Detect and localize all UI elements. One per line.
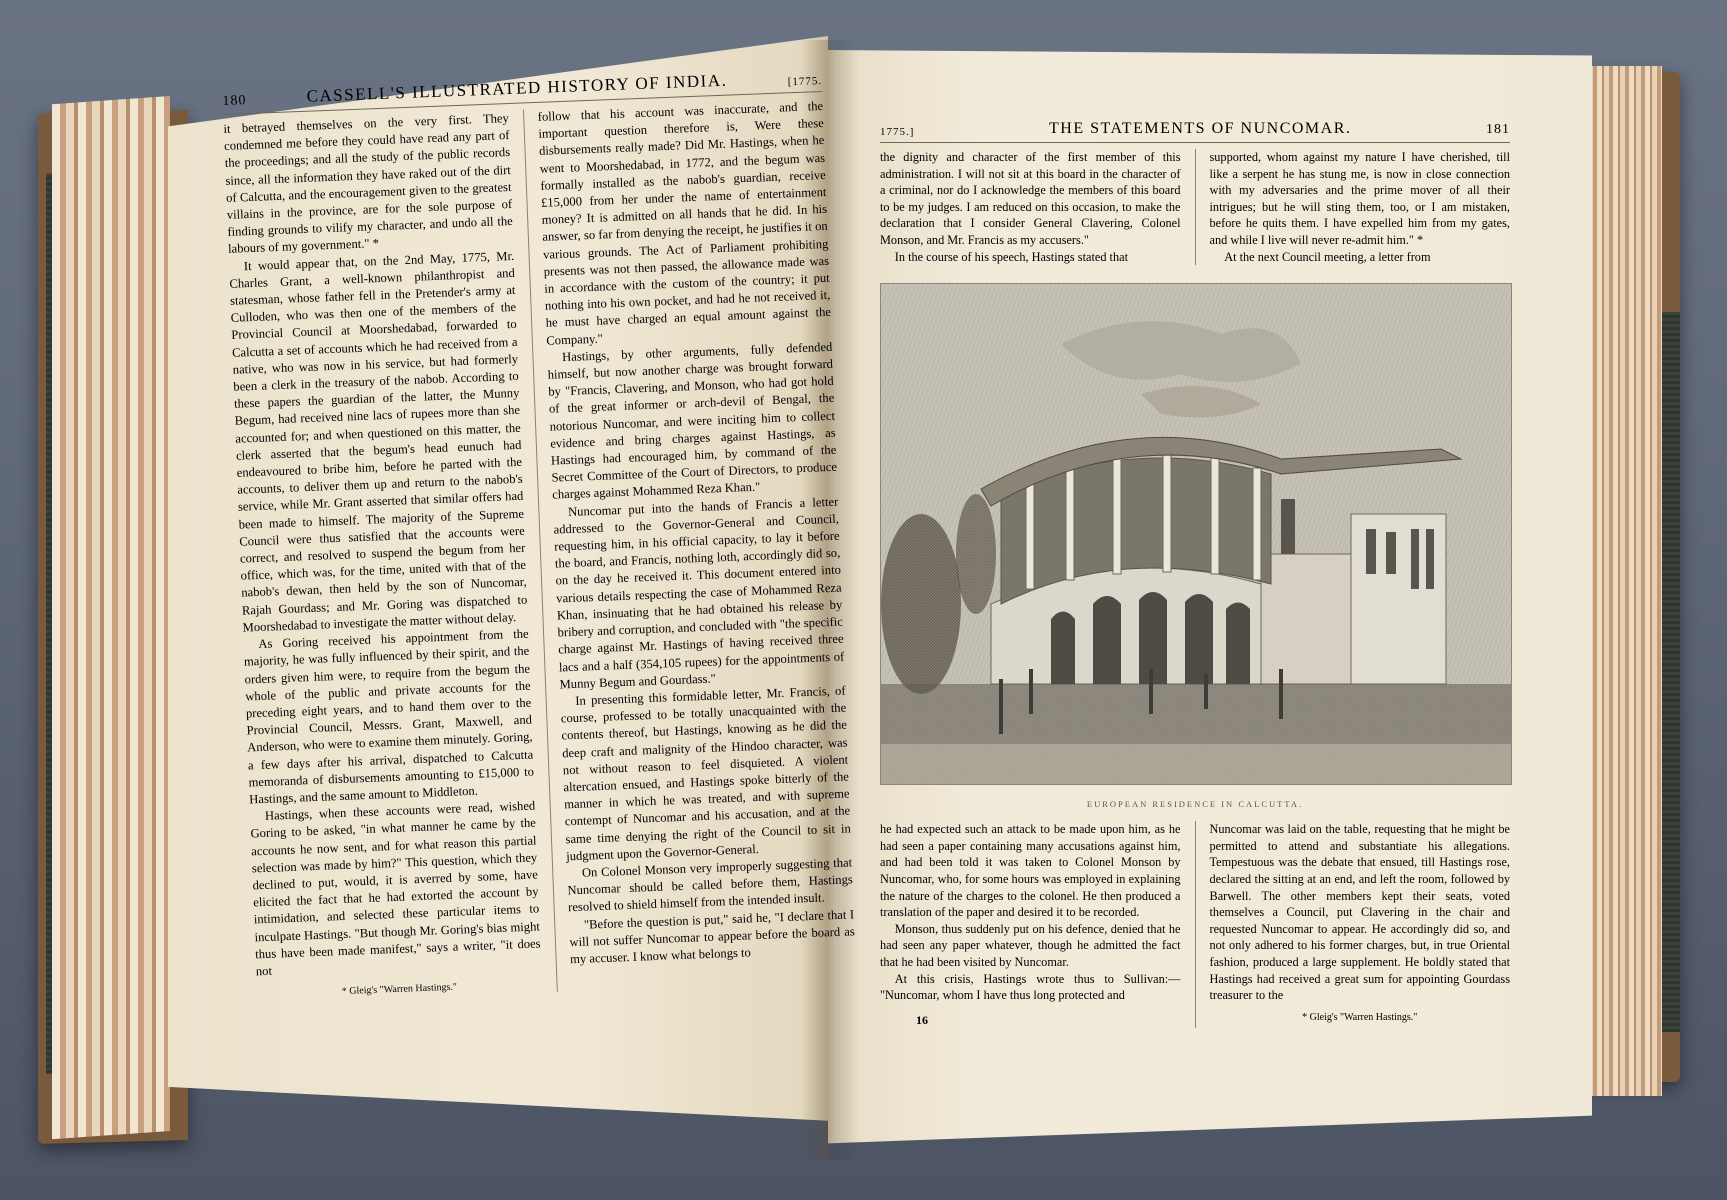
page-number: 180 bbox=[222, 93, 247, 110]
signature-mark: 16 bbox=[880, 1012, 1181, 1029]
running-head: 1775.] THE STATEMENTS OF NUNCOMAR. 181 bbox=[880, 120, 1510, 143]
paragraph: In presenting this formidable letter, Mr… bbox=[560, 682, 852, 865]
paragraph: As Goring received his appointment from … bbox=[243, 626, 535, 809]
text-column-2: supported, whom against my nature I have… bbox=[1210, 149, 1511, 265]
text-column-2: follow that his account was inaccurate, … bbox=[537, 98, 856, 992]
page-number: 181 bbox=[1486, 122, 1510, 138]
text-column-2: Nuncomar was laid on the table, requesti… bbox=[1210, 821, 1511, 1028]
paragraph: Hastings, when these accounts were read,… bbox=[250, 798, 542, 981]
paragraph: Nuncomar was laid on the table, requesti… bbox=[1210, 821, 1511, 1004]
paragraph: it betrayed themselves on the very first… bbox=[223, 110, 514, 258]
text-column-1: he had expected such an attack to be mad… bbox=[880, 821, 1181, 1028]
text-column-1: it betrayed themselves on the very first… bbox=[223, 110, 542, 1004]
column-divider bbox=[1195, 149, 1196, 265]
column-divider bbox=[1195, 821, 1196, 1028]
running-title: CASSELL'S ILLUSTRATED HISTORY OF INDIA. bbox=[306, 71, 727, 107]
paragraph: Nuncomar put into the hands of Francis a… bbox=[553, 493, 846, 693]
paragraph: he had expected such an attack to be mad… bbox=[880, 821, 1181, 921]
text-columns: it betrayed themselves on the very first… bbox=[223, 98, 856, 1004]
paragraph: the dignity and character of the first m… bbox=[880, 149, 1181, 249]
text-column-1: the dignity and character of the first m… bbox=[880, 149, 1181, 265]
paragraph: Hastings, by other arguments, fully defe… bbox=[547, 339, 838, 505]
footnote: * Gleig's "Warren Hastings." bbox=[1210, 1010, 1511, 1027]
open-book: 180 CASSELL'S ILLUSTRATED HISTORY OF IND… bbox=[0, 0, 1727, 1200]
page-edges-left bbox=[52, 96, 170, 1139]
paragraph: Monson, thus suddenly put on his defence… bbox=[880, 921, 1181, 971]
paragraph: "Before the question is put," said he, "… bbox=[568, 906, 855, 969]
paragraph: At the next Council meeting, a letter fr… bbox=[1210, 249, 1511, 266]
left-page-content: 180 CASSELL'S ILLUSTRATED HISTORY OF IND… bbox=[222, 67, 860, 1099]
text-columns-top: the dignity and character of the first m… bbox=[880, 149, 1510, 265]
engraving-illustration bbox=[880, 283, 1512, 785]
paragraph: supported, whom against my nature I have… bbox=[1210, 149, 1511, 249]
running-title: THE STATEMENTS OF NUNCOMAR. bbox=[1049, 120, 1351, 138]
year-marker: [1775. bbox=[787, 75, 822, 88]
year-marker: 1775.] bbox=[880, 126, 914, 138]
paragraph: At this crisis, Hastings wrote thus to S… bbox=[880, 971, 1181, 1004]
paragraph: follow that his account was inaccurate, … bbox=[537, 98, 832, 350]
illustration-caption: EUROPEAN RESIDENCE IN CALCUTTA. bbox=[880, 799, 1510, 809]
text-columns-bottom: he had expected such an attack to be mad… bbox=[880, 821, 1510, 1028]
paragraph: It would appear that, on the 2nd May, 17… bbox=[228, 248, 528, 637]
building-engraving bbox=[881, 284, 1511, 784]
page-edges-right bbox=[1588, 66, 1662, 1096]
right-page-content: 1775.] THE STATEMENTS OF NUNCOMAR. 181 t… bbox=[880, 120, 1510, 1080]
footnote: * Gleig's "Warren Hastings." bbox=[256, 976, 542, 1004]
paragraph: In the course of his speech, Hastings st… bbox=[880, 249, 1181, 266]
